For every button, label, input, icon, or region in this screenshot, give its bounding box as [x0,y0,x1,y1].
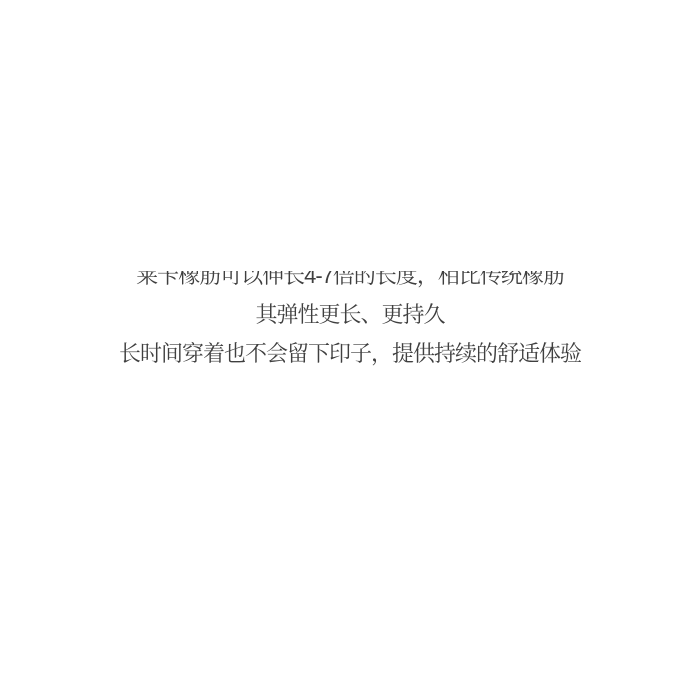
description-line-2: 其弹性更长、更持久 [0,295,700,334]
product-description-text: 莱卡橡筋可以伸长4-7倍的长度，相比传统橡筋 其弹性更长、更持久 长时间穿着也不… [0,256,700,373]
description-line-3: 长时间穿着也不会留下印子，提供持续的舒适体验 [0,334,700,373]
product-description-page: 莱卡橡筋可以伸长4-7倍的长度，相比传统橡筋 其弹性更长、更持久 长时间穿着也不… [0,0,700,700]
crop-mask [0,0,700,271]
